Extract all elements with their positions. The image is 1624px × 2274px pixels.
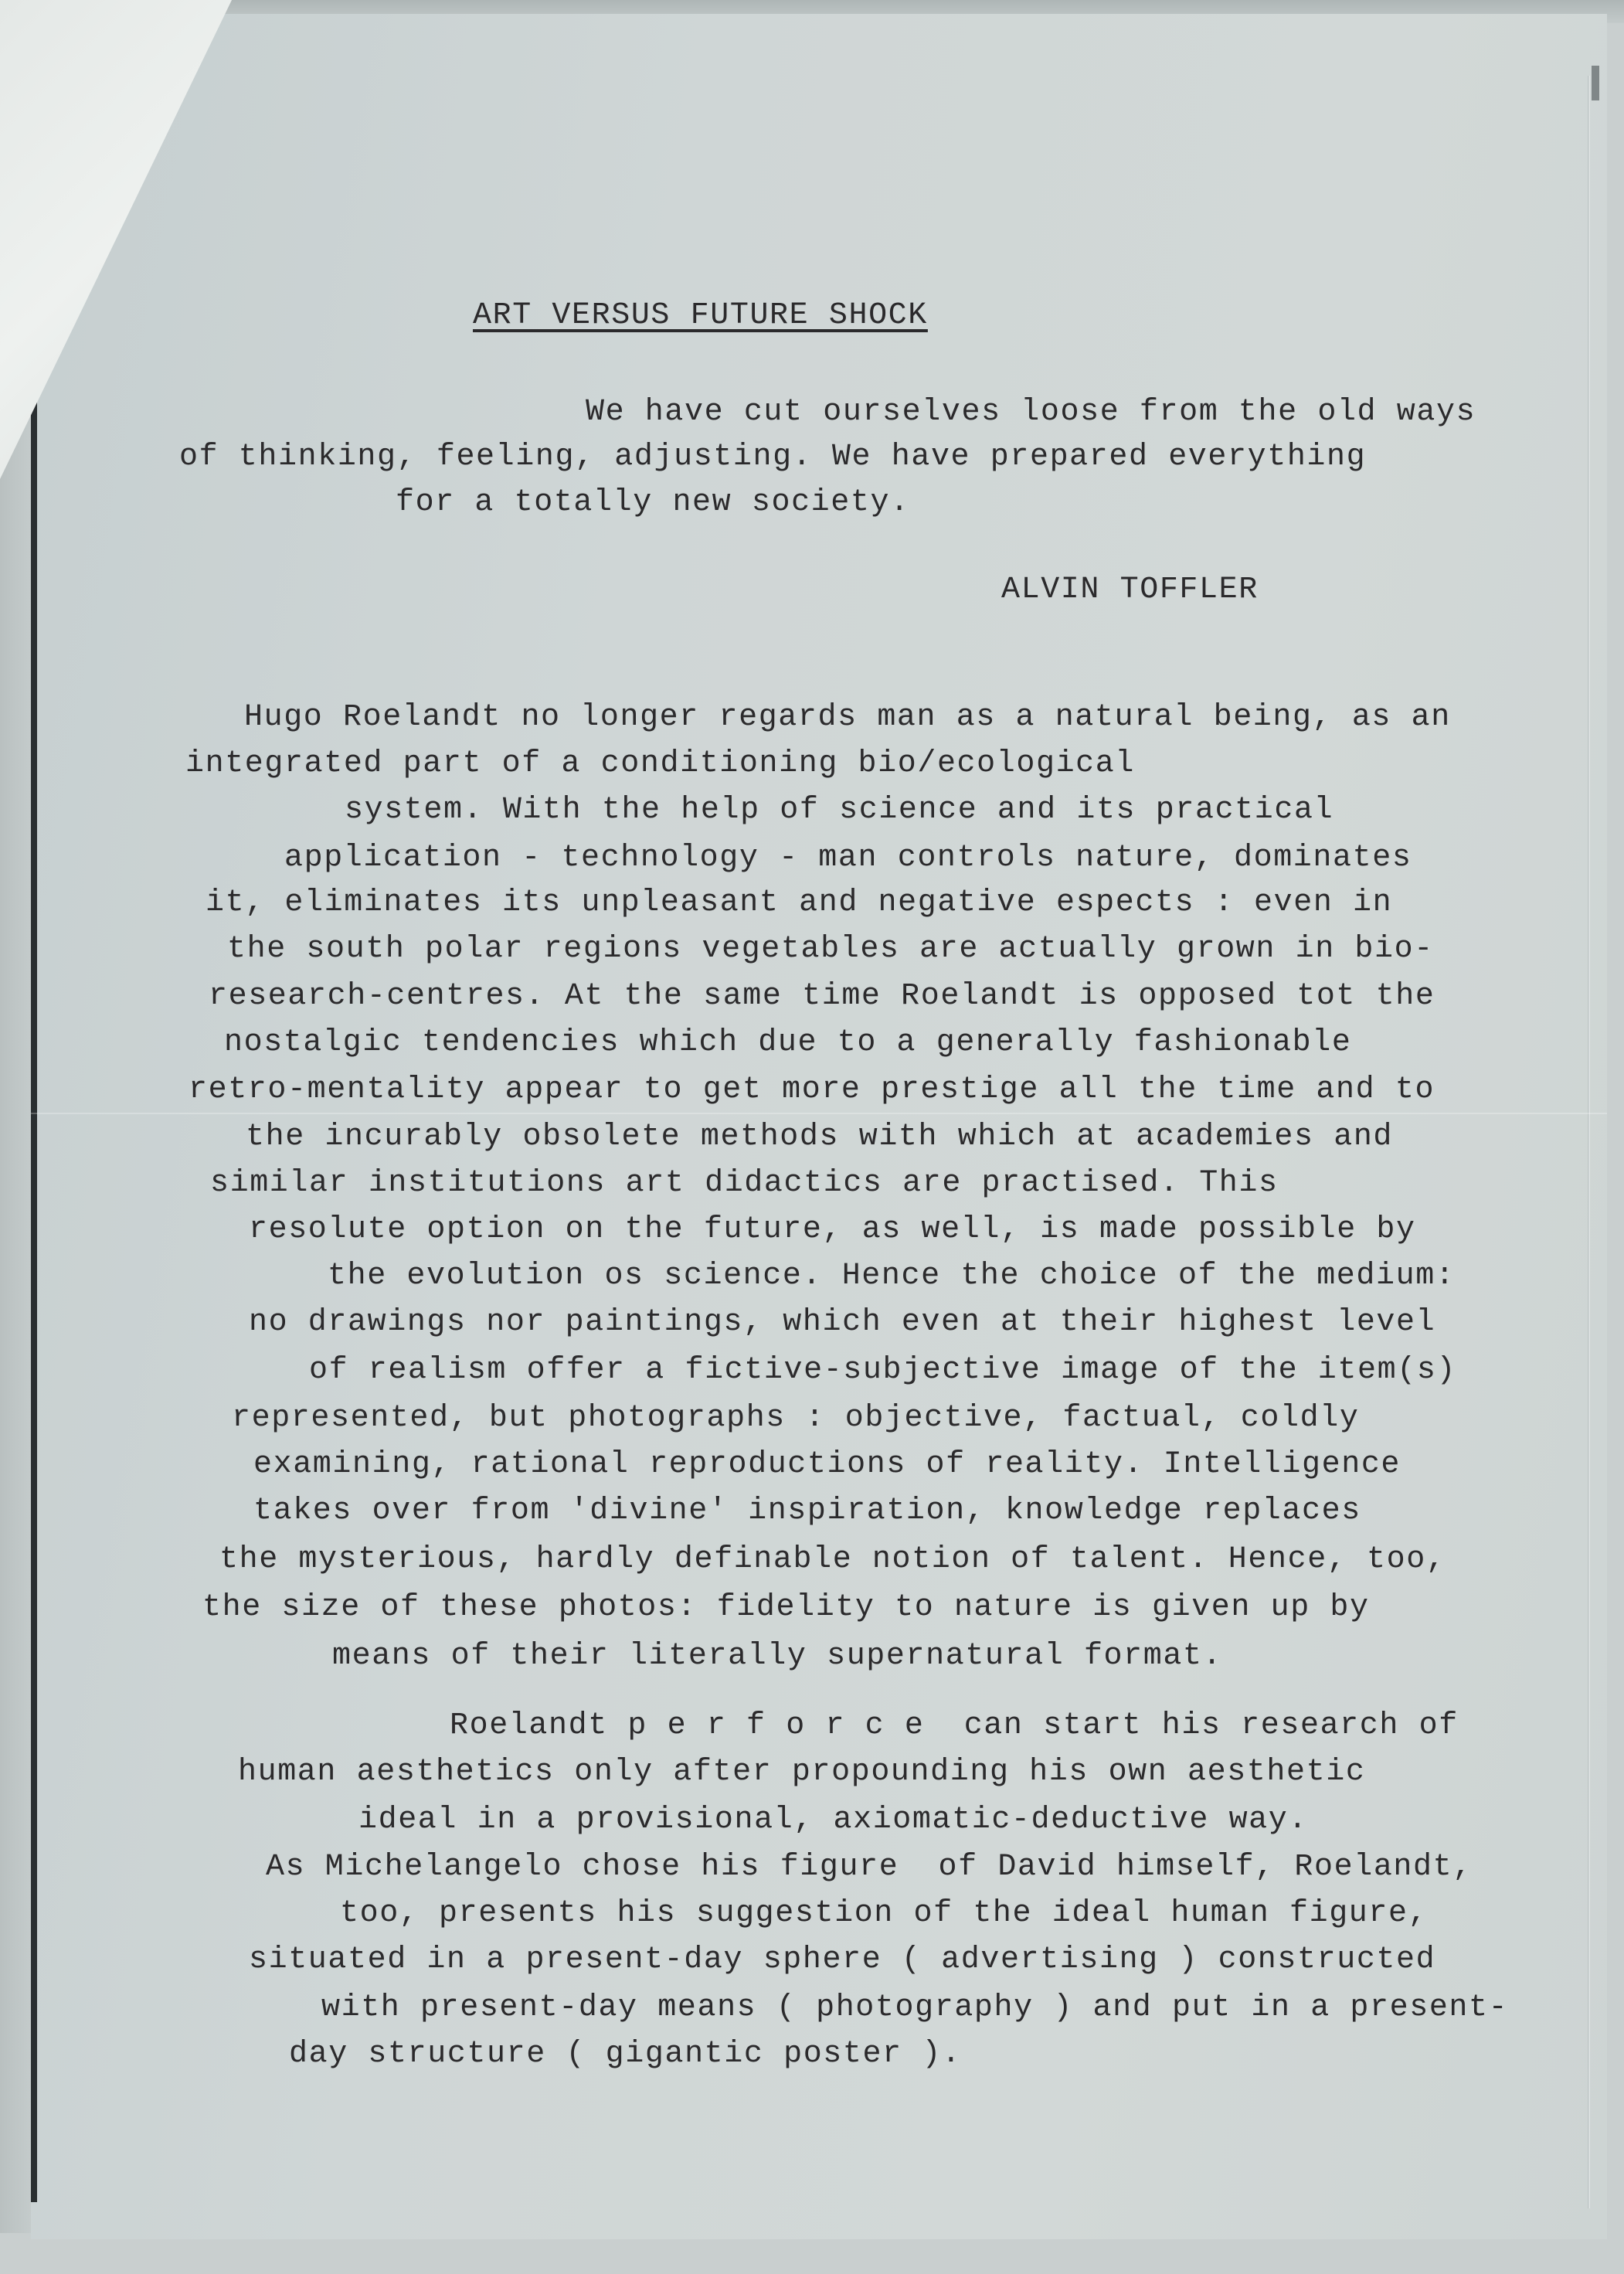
body-line: human aesthetics only after propounding … <box>238 1754 1365 1791</box>
epigraph-line: for a totally new society. <box>396 484 910 522</box>
body-line: nostalgic tendencies which due to a gene… <box>224 1025 1351 1062</box>
body-line: of realism offer a fictive-subjective im… <box>309 1352 1456 1389</box>
body-line: the south polar regions vegetables are a… <box>227 931 1434 968</box>
body-line: takes over from 'divine' inspiration, kn… <box>253 1493 1361 1530</box>
body-line: system. With the help of science and its… <box>345 792 1334 829</box>
body-line: situated in a present-day sphere ( adver… <box>249 1942 1435 1979</box>
body-line: Roelandt p e r f o r c e can start his r… <box>450 1708 1459 1745</box>
body-line: research-centres. At the same time Roela… <box>209 978 1435 1015</box>
body-line: application - technology - man controls … <box>284 840 1412 877</box>
body-line: integrated part of a conditioning bio/ec… <box>185 746 1135 783</box>
body-line: with present-day means ( photography ) a… <box>321 1990 1508 2027</box>
body-line: As Michelangelo chose his figure of Davi… <box>266 1849 1473 1886</box>
body-line: ideal in a provisional, axiomatic-deduct… <box>358 1802 1308 1839</box>
body-line: too, presents his suggestion of the idea… <box>340 1895 1428 1932</box>
body-line: the size of these photos: fidelity to na… <box>202 1589 1370 1626</box>
body-line: day structure ( gigantic poster ). <box>289 2036 962 2073</box>
body-line: Hugo Roelandt no longer regards man as a… <box>244 699 1451 736</box>
binding-edge <box>31 379 37 2202</box>
underlying-page <box>0 379 31 2233</box>
document-title: ART VERSUS FUTURE SHOCK <box>473 297 928 335</box>
body-line: similar institutions art didactics are p… <box>210 1165 1279 1202</box>
epigraph-line: We have cut ourselves loose from the old… <box>586 394 1476 431</box>
body-line: no drawings nor paintings, which even at… <box>249 1304 1435 1341</box>
corner-mark <box>1592 66 1599 100</box>
body-line: the incurably obsolete methods with whic… <box>246 1119 1393 1156</box>
fold-crease <box>31 1113 1607 1114</box>
body-line: the evolution os science. Hence the choi… <box>328 1258 1455 1295</box>
body-line: the mysterious, hardly definable notion … <box>219 1541 1446 1579</box>
body-line: means of their literally supernatural fo… <box>332 1638 1222 1675</box>
body-line: retro-mentality appear to get more prest… <box>189 1072 1435 1109</box>
body-line: examining, rational reproductions of rea… <box>253 1446 1401 1484</box>
body-line: represented, but photographs : objective… <box>232 1400 1359 1437</box>
page-edge <box>1588 76 1590 2208</box>
epigraph-attribution: ALVIN TOFFLER <box>1001 572 1259 609</box>
body-line: it, eliminates its unpleasant and negati… <box>206 885 1392 922</box>
body-line: resolute option on the future, as well, … <box>249 1212 1416 1249</box>
epigraph-line: of thinking, feeling, adjusting. We have… <box>179 439 1366 476</box>
